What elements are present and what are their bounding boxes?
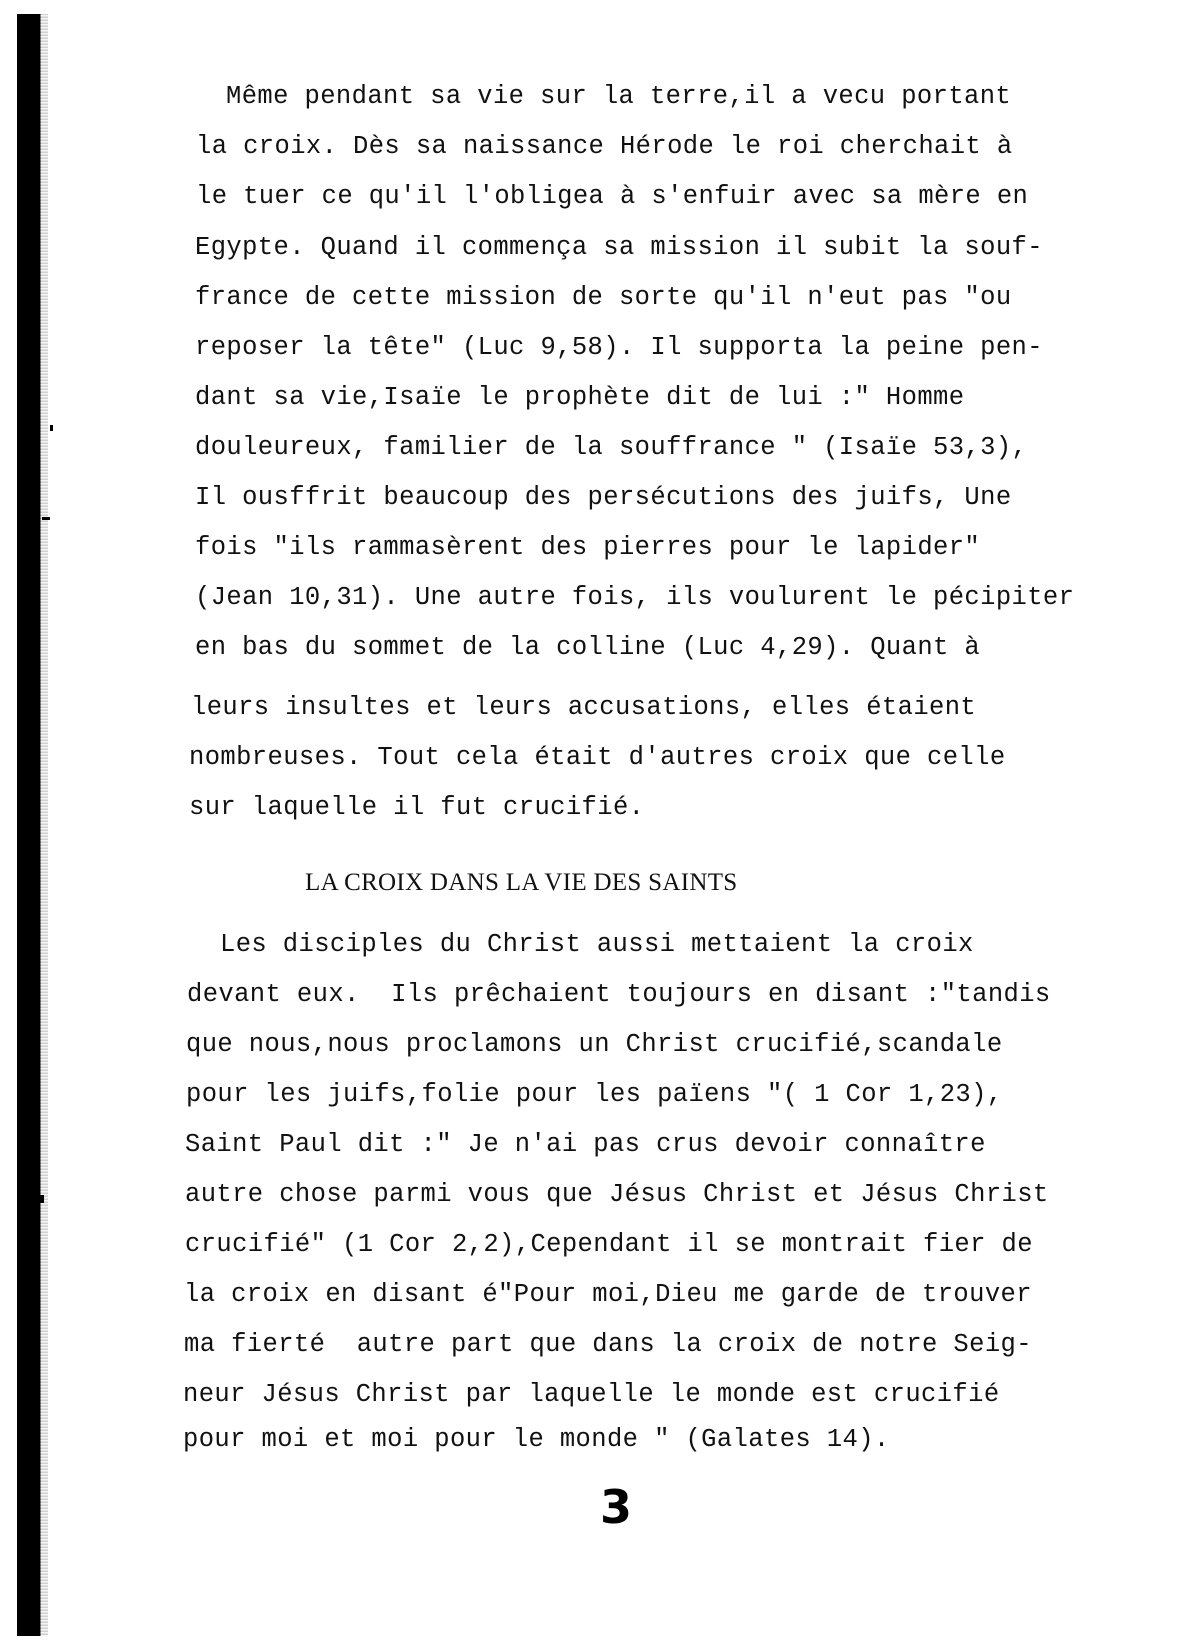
text-line: france de cette mission de sorte qu'il n… — [195, 283, 1012, 313]
page-number: 3 — [600, 1482, 632, 1532]
section-heading: LA CROIX DANS LA VIE DES SAINTS — [305, 868, 737, 898]
scan-speck — [42, 517, 50, 520]
text-line: fois "ils rammasèrent des pierres pour l… — [195, 533, 980, 563]
text-line: la croix. Dès sa naissance Hérode le roi… — [196, 132, 1013, 162]
text-line: Il ousffrit beaucoup des persécutions de… — [195, 483, 1012, 513]
text-line: la croix en disant é"Pour moi,Dieu me ga… — [184, 1280, 1032, 1310]
text-line: reposer la tête" (Luc 9,58). Il supporta… — [195, 333, 1043, 363]
text-line: douleureux, familier de la souffrance " … — [195, 433, 1027, 463]
text-line: Egypte. Quand il commença sa mission il … — [195, 233, 1043, 263]
text-line: Même pendant sa vie sur la terre,il a ve… — [226, 82, 1011, 112]
text-line: ma fierté autre part que dans la croix d… — [184, 1330, 1032, 1360]
text-line: autre chose parmi vous que Jésus Christ … — [185, 1180, 1049, 1210]
text-line: (Jean 10,31). Une autre fois, ils voulur… — [195, 583, 1074, 613]
text-line: le tuer ce qu'il l'obligea à s'enfuir av… — [196, 182, 1028, 212]
text-line: nombreuses. Tout cela était d'autres cro… — [189, 743, 1006, 773]
text-line: Saint Paul dit :" Je n'ai pas crus devoi… — [185, 1130, 986, 1160]
text-line: pour moi et moi pour le monde " (Galates… — [183, 1425, 890, 1455]
scan-speck — [38, 1195, 44, 1203]
scan-speck — [50, 425, 53, 431]
text-line: en bas du sommet de la colline (Luc 4,29… — [195, 633, 980, 663]
text-line: leurs insultes et leurs accusations, ell… — [191, 693, 976, 723]
text-line: crucifié" (1 Cor 2,2),Cependant il se mo… — [185, 1230, 1033, 1260]
scan-edge-noise — [40, 14, 48, 1636]
text-line: neur Jésus Christ par laquelle le monde … — [183, 1380, 1000, 1410]
text-line: pour les juifs,folie pour les païens "( … — [186, 1080, 1003, 1110]
text-line: sur laquelle il fut crucifié. — [189, 793, 644, 823]
text-line: Les disciples du Christ aussi mettaient … — [220, 930, 974, 960]
text-line: dant sa vie,Isaïe le prophète dit de lui… — [195, 383, 964, 413]
text-line: devant eux. Ils prêchaient toujours en d… — [187, 980, 1051, 1010]
scan-binding-edge — [17, 14, 41, 1636]
text-line: que nous,nous proclamons un Christ cruci… — [186, 1030, 1003, 1060]
